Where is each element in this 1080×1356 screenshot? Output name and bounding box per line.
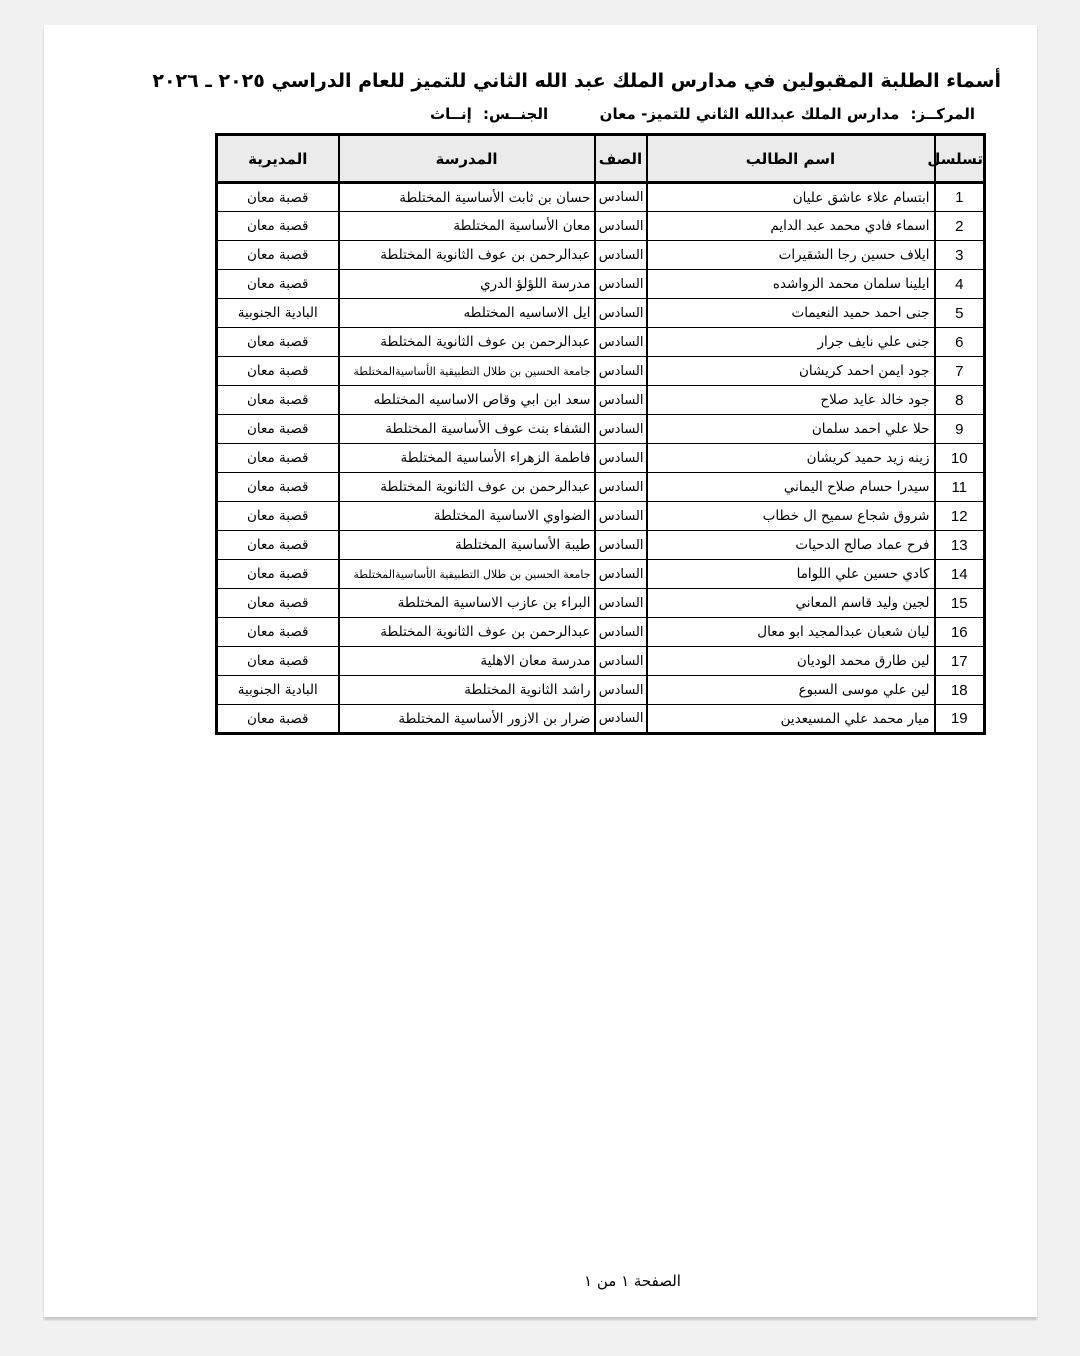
cell-directorate: البادية الجنوبية <box>217 676 339 705</box>
cell-directorate: قصبة معان <box>217 531 339 560</box>
cell-student-name: ايلاف حسين رجا الشقيرات <box>647 241 935 270</box>
table-row: 19 ميار محمد علي المسيعدين السادس ضرار ب… <box>217 705 985 734</box>
cell-grade: السادس <box>595 357 647 386</box>
cell-directorate: قصبة معان <box>217 241 339 270</box>
cell-school: فاطمة الزهراء الأساسية المختلطة <box>339 444 595 473</box>
cell-grade: السادس <box>595 560 647 589</box>
cell-school: عبدالرحمن بن عوف الثانوية المختلطة <box>339 241 595 270</box>
gender-label: الجنــس: <box>483 105 548 123</box>
gender-field: الجنــس: إنــاث <box>430 105 548 123</box>
header-student-name: اسم الطالب <box>647 135 935 183</box>
cell-serial: 4 <box>935 270 985 299</box>
cell-student-name: لين طارق محمد الوديان <box>647 647 935 676</box>
cell-serial: 16 <box>935 618 985 647</box>
table-row: 16 ليان شعبان عبدالمجيد ابو معال السادس … <box>217 618 985 647</box>
cell-school: راشد الثانوية المختلطة <box>339 676 595 705</box>
cell-school: عبدالرحمن بن عوف الثانوية المختلطة <box>339 328 595 357</box>
header-serial: تسلسل <box>935 135 985 183</box>
cell-student-name: ميار محمد علي المسيعدين <box>647 705 935 734</box>
cell-student-name: ليان شعبان عبدالمجيد ابو معال <box>647 618 935 647</box>
cell-directorate: قصبة معان <box>217 328 339 357</box>
cell-grade: السادس <box>595 473 647 502</box>
cell-directorate: قصبة معان <box>217 560 339 589</box>
cell-directorate: قصبة معان <box>217 415 339 444</box>
page-number-footer: الصفحة ١ من ١ <box>584 1272 681 1290</box>
cell-student-name: سيدرا حسام صلاح اليماني <box>647 473 935 502</box>
cell-grade: السادس <box>595 299 647 328</box>
table-row: 14 كادي حسين علي اللواما السادس جامعة ال… <box>217 560 985 589</box>
cell-serial: 11 <box>935 473 985 502</box>
cell-serial: 7 <box>935 357 985 386</box>
cell-serial: 9 <box>935 415 985 444</box>
table-row: 5 جنى احمد حميد النعيمات السادس ايل الاس… <box>217 299 985 328</box>
cell-student-name: حلا علي احمد سلمان <box>647 415 935 444</box>
table-row: 13 فرح عماد صالح الدحيات السادس طيبة الأ… <box>217 531 985 560</box>
cell-grade: السادس <box>595 676 647 705</box>
cell-student-name: فرح عماد صالح الدحيات <box>647 531 935 560</box>
cell-serial: 10 <box>935 444 985 473</box>
cell-student-name: جود خالد عايد صلاح <box>647 386 935 415</box>
cell-serial: 14 <box>935 560 985 589</box>
cell-grade: السادس <box>595 531 647 560</box>
cell-student-name: جنى علي نايف جرار <box>647 328 935 357</box>
cell-directorate: قصبة معان <box>217 386 339 415</box>
table-row: 11 سيدرا حسام صلاح اليماني السادس عبدالر… <box>217 473 985 502</box>
table-row: 12 شروق شجاع سميح ال خطاب السادس الضواوي… <box>217 502 985 531</box>
document-title: أسماء الطلبة المقبولين في مدارس الملك عب… <box>233 70 1001 92</box>
table-row: 7 جود ايمن احمد كريشان السادس جامعة الحس… <box>217 357 985 386</box>
cell-school: عبدالرحمن بن عوف الثانوية المختلطة <box>339 473 595 502</box>
cell-school: الشفاء بنت عوف الأساسية المختلطة <box>339 415 595 444</box>
cell-school: معان الأساسية المختلطة <box>339 212 595 241</box>
cell-grade: السادس <box>595 183 647 212</box>
cell-student-name: شروق شجاع سميح ال خطاب <box>647 502 935 531</box>
center-label: المركــز: <box>911 105 975 123</box>
cell-school: طيبة الأساسية المختلطة <box>339 531 595 560</box>
cell-serial: 15 <box>935 589 985 618</box>
cell-directorate: قصبة معان <box>217 473 339 502</box>
table-row: 15 لجين وليد قاسم المعاني السادس البراء … <box>217 589 985 618</box>
cell-grade: السادس <box>595 444 647 473</box>
cell-directorate: قصبة معان <box>217 589 339 618</box>
cell-serial: 8 <box>935 386 985 415</box>
cell-grade: السادس <box>595 270 647 299</box>
meta-line: المركــز: مدارس الملك عبدالله الثاني للت… <box>215 105 983 129</box>
cell-school: سعد ابن ابي وقاص الاساسيه المختلطه <box>339 386 595 415</box>
table-row: 2 اسماء فادي محمد عبد الدايم السادس معان… <box>217 212 985 241</box>
cell-serial: 5 <box>935 299 985 328</box>
cell-school: عبدالرحمن بن عوف الثانوية المختلطة <box>339 618 595 647</box>
cell-grade: السادس <box>595 241 647 270</box>
center-field: المركــز: مدارس الملك عبدالله الثاني للت… <box>600 105 975 123</box>
cell-school: البراء بن عازب الاساسية المختلطة <box>339 589 595 618</box>
table-row: 4 ايلينا سلمان محمد الرواشده السادس مدرس… <box>217 270 985 299</box>
table-header: تسلسل اسم الطالب الصف المدرسة المديرية <box>217 135 985 183</box>
cell-student-name: زينه زيد حميد كريشان <box>647 444 935 473</box>
table-row: 17 لين طارق محمد الوديان السادس مدرسة مع… <box>217 647 985 676</box>
cell-grade: السادس <box>595 502 647 531</box>
table-row: 9 حلا علي احمد سلمان السادس الشفاء بنت ع… <box>217 415 985 444</box>
cell-grade: السادس <box>595 386 647 415</box>
document-viewer: أسماء الطلبة المقبولين في مدارس الملك عب… <box>0 0 1080 1356</box>
table-row: 10 زينه زيد حميد كريشان السادس فاطمة الز… <box>217 444 985 473</box>
cell-directorate: قصبة معان <box>217 357 339 386</box>
cell-directorate: قصبة معان <box>217 705 339 734</box>
gender-value: إنــاث <box>430 105 472 123</box>
cell-student-name: كادي حسين علي اللواما <box>647 560 935 589</box>
cell-student-name: جود ايمن احمد كريشان <box>647 357 935 386</box>
cell-serial: 18 <box>935 676 985 705</box>
header-school: المدرسة <box>339 135 595 183</box>
header-grade: الصف <box>595 135 647 183</box>
cell-serial: 17 <box>935 647 985 676</box>
cell-directorate: قصبة معان <box>217 444 339 473</box>
table-row: 8 جود خالد عايد صلاح السادس سعد ابن ابي … <box>217 386 985 415</box>
cell-school: مدرسة اللؤلؤ الدري <box>339 270 595 299</box>
cell-directorate: قصبة معان <box>217 270 339 299</box>
cell-serial: 12 <box>935 502 985 531</box>
cell-grade: السادس <box>595 328 647 357</box>
cell-directorate: قصبة معان <box>217 183 339 212</box>
cell-directorate: قصبة معان <box>217 647 339 676</box>
cell-directorate: قصبة معان <box>217 618 339 647</box>
center-value: مدارس الملك عبدالله الثاني للتميز- معان <box>600 105 900 123</box>
cell-serial: 6 <box>935 328 985 357</box>
table-row: 18 لين علي موسى السبوع السادس راشد الثان… <box>217 676 985 705</box>
table-header-row: تسلسل اسم الطالب الصف المدرسة المديرية <box>217 135 985 183</box>
cell-school: ضرار بن الازور الأساسية المختلطة <box>339 705 595 734</box>
cell-serial: 2 <box>935 212 985 241</box>
cell-serial: 1 <box>935 183 985 212</box>
cell-school: مدرسة معان الاهلية <box>339 647 595 676</box>
cell-student-name: جنى احمد حميد النعيمات <box>647 299 935 328</box>
document-page: أسماء الطلبة المقبولين في مدارس الملك عب… <box>44 25 1037 1317</box>
table-row: 1 ابتسام علاء عاشق عليان السادس حسان بن … <box>217 183 985 212</box>
table-body: 1 ابتسام علاء عاشق عليان السادس حسان بن … <box>217 183 985 734</box>
cell-serial: 19 <box>935 705 985 734</box>
cell-directorate: قصبة معان <box>217 212 339 241</box>
cell-directorate: البادية الجنوبية <box>217 299 339 328</box>
cell-grade: السادس <box>595 589 647 618</box>
cell-grade: السادس <box>595 212 647 241</box>
cell-student-name: اسماء فادي محمد عبد الدايم <box>647 212 935 241</box>
table-row: 6 جنى علي نايف جرار السادس عبدالرحمن بن … <box>217 328 985 357</box>
cell-serial: 3 <box>935 241 985 270</box>
students-table: تسلسل اسم الطالب الصف المدرسة المديرية 1… <box>215 133 986 735</box>
cell-student-name: ايلينا سلمان محمد الرواشده <box>647 270 935 299</box>
cell-school: جامعة الحسين بن طلال التطبيقية الأساسيةا… <box>339 357 595 386</box>
cell-student-name: لين علي موسى السبوع <box>647 676 935 705</box>
cell-grade: السادس <box>595 415 647 444</box>
cell-student-name: لجين وليد قاسم المعاني <box>647 589 935 618</box>
cell-grade: السادس <box>595 647 647 676</box>
cell-school: ايل الاساسيه المختلطه <box>339 299 595 328</box>
cell-school: جامعة الحسين بن طلال التطبيقية الأساسيةا… <box>339 560 595 589</box>
header-directorate: المديرية <box>217 135 339 183</box>
cell-grade: السادس <box>595 705 647 734</box>
cell-serial: 13 <box>935 531 985 560</box>
cell-school: الضواوي الاساسية المختلطة <box>339 502 595 531</box>
cell-student-name: ابتسام علاء عاشق عليان <box>647 183 935 212</box>
table-row: 3 ايلاف حسين رجا الشقيرات السادس عبدالرح… <box>217 241 985 270</box>
cell-school: حسان بن ثابت الأساسية المختلطة <box>339 183 595 212</box>
cell-grade: السادس <box>595 618 647 647</box>
cell-directorate: قصبة معان <box>217 502 339 531</box>
